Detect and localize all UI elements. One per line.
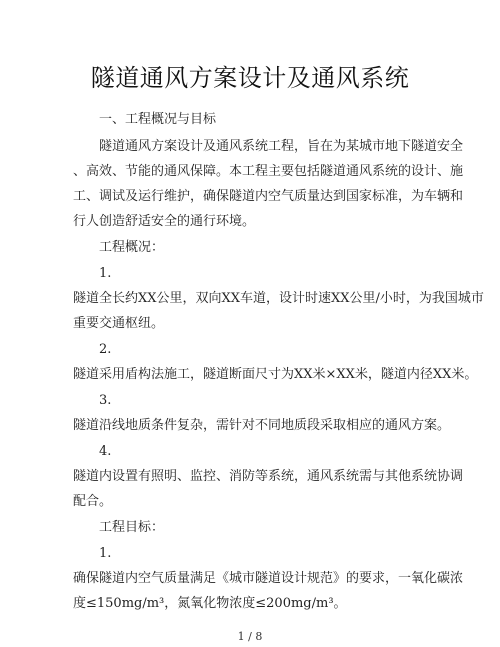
page-indicator: 1 / 8 <box>0 630 500 643</box>
overview-item-text: 隧道内设置有照明、监控、消防等系统，通风系统需与其他系统协调 <box>73 469 463 485</box>
goals-item-text: 度≤150mg/m³，氮氧化物浓度≤200mg/m³。 <box>73 596 347 612</box>
overview-item-number: 4. <box>99 444 111 460</box>
overview-item-number: 3. <box>99 393 111 409</box>
intro-line: 、高效、节能的通风保障。本工程主要包括隧道通风系统的设计、施 <box>73 164 463 180</box>
section-heading: 一、工程概况与目标 <box>99 112 216 128</box>
overview-item-number: 1. <box>99 266 111 282</box>
intro-line: 行人创造舒适安全的通行环境。 <box>73 214 255 230</box>
goals-heading: 工程目标： <box>99 520 164 536</box>
goals-item-text: 确保隧道内空气质量满足《城市隧道设计规范》的要求，一氧化碳浓 <box>73 571 463 587</box>
overview-heading: 工程概况： <box>99 240 164 256</box>
document-page: 隧道通风方案设计及通风系统 一、工程概况与目标 隧道通风方案设计及通风系统工程，… <box>0 0 500 647</box>
overview-item-number: 2. <box>99 342 111 358</box>
overview-item-text: 隧道全长约XX公里，双向XX车道，设计时速XX公里/小时，为我国城市 <box>73 291 484 307</box>
document-title: 隧道通风方案设计及通风系统 <box>0 58 500 93</box>
overview-item-text: 重要交通枢纽。 <box>73 316 164 332</box>
goals-item-number: 1. <box>99 546 111 562</box>
overview-item-text: 隧道沿线地质条件复杂，需针对不同地质段采取相应的通风方案。 <box>73 418 450 434</box>
overview-item-text: 配合。 <box>73 494 112 510</box>
intro-line: 隧道通风方案设计及通风系统工程，旨在为某城市地下隧道安全 <box>99 139 463 155</box>
overview-item-text: 隧道采用盾构法施工，隧道断面尺寸为XX米×XX米，隧道内径XX米。 <box>73 367 477 383</box>
intro-line: 工、调试及运行维护，确保隧道内空气质量达到国家标准，为车辆和 <box>73 189 463 205</box>
